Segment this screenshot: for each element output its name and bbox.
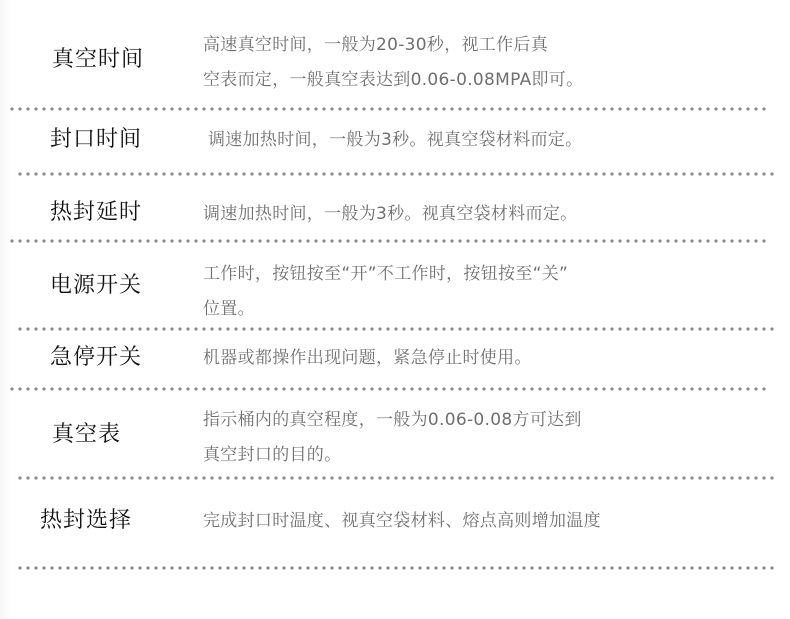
row-desc-heat-seal-select: 完成封口时温度、视真空袋材料、熔点高则增加温度 xyxy=(203,504,601,538)
left-edge-shadow xyxy=(0,0,12,619)
spec-sheet: 真空时间 高速真空时间，一般为20-30秒，视工作后真 空表而定，一般真空表达到… xyxy=(0,0,790,619)
row-label-heat-seal-select: 热封选择 xyxy=(40,508,132,534)
row-label-vacuum-time: 真空时间 xyxy=(52,47,144,73)
row-desc-power-switch-line1: 工作时，按钮按至“开”不工作时，按钮按至“关” xyxy=(203,257,568,291)
dotted-divider xyxy=(16,172,776,176)
dotted-divider xyxy=(16,476,776,480)
row-label-heat-seal-delay: 热封延时 xyxy=(50,200,142,226)
row-desc-vacuum-time-line2: 空表而定，一般真空表达到0.06-0.08MPA即可。 xyxy=(203,63,583,97)
row-desc-power-switch-line2: 位置。 xyxy=(203,292,255,326)
row-desc-emergency-stop: 机器或都操作出现问题，紧急停止时使用。 xyxy=(203,341,532,375)
row-desc-heat-seal-delay: 调速加热时间，一般为3秒。视真空袋材料而定。 xyxy=(203,197,577,231)
dotted-divider xyxy=(16,566,776,570)
dotted-divider xyxy=(16,327,776,331)
dotted-divider xyxy=(8,107,768,111)
row-desc-seal-time: 调速加热时间，一般为3秒。视真空袋材料而定。 xyxy=(208,123,582,157)
row-label-emergency-stop: 急停开关 xyxy=(50,345,142,371)
row-label-power-switch: 电源开关 xyxy=(50,273,142,299)
row-desc-vacuum-gauge-line1: 指示桶内的真空程度，一般为0.06-0.08方可达到 xyxy=(203,403,582,437)
row-label-vacuum-gauge: 真空表 xyxy=(52,422,121,448)
row-label-seal-time: 封口时间 xyxy=(50,127,142,153)
dotted-divider xyxy=(8,239,770,243)
row-desc-vacuum-gauge-line2: 真空封口的目的。 xyxy=(203,438,341,472)
row-desc-vacuum-time-line1: 高速真空时间，一般为20-30秒，视工作后真 xyxy=(203,28,548,62)
dotted-divider xyxy=(8,387,770,391)
